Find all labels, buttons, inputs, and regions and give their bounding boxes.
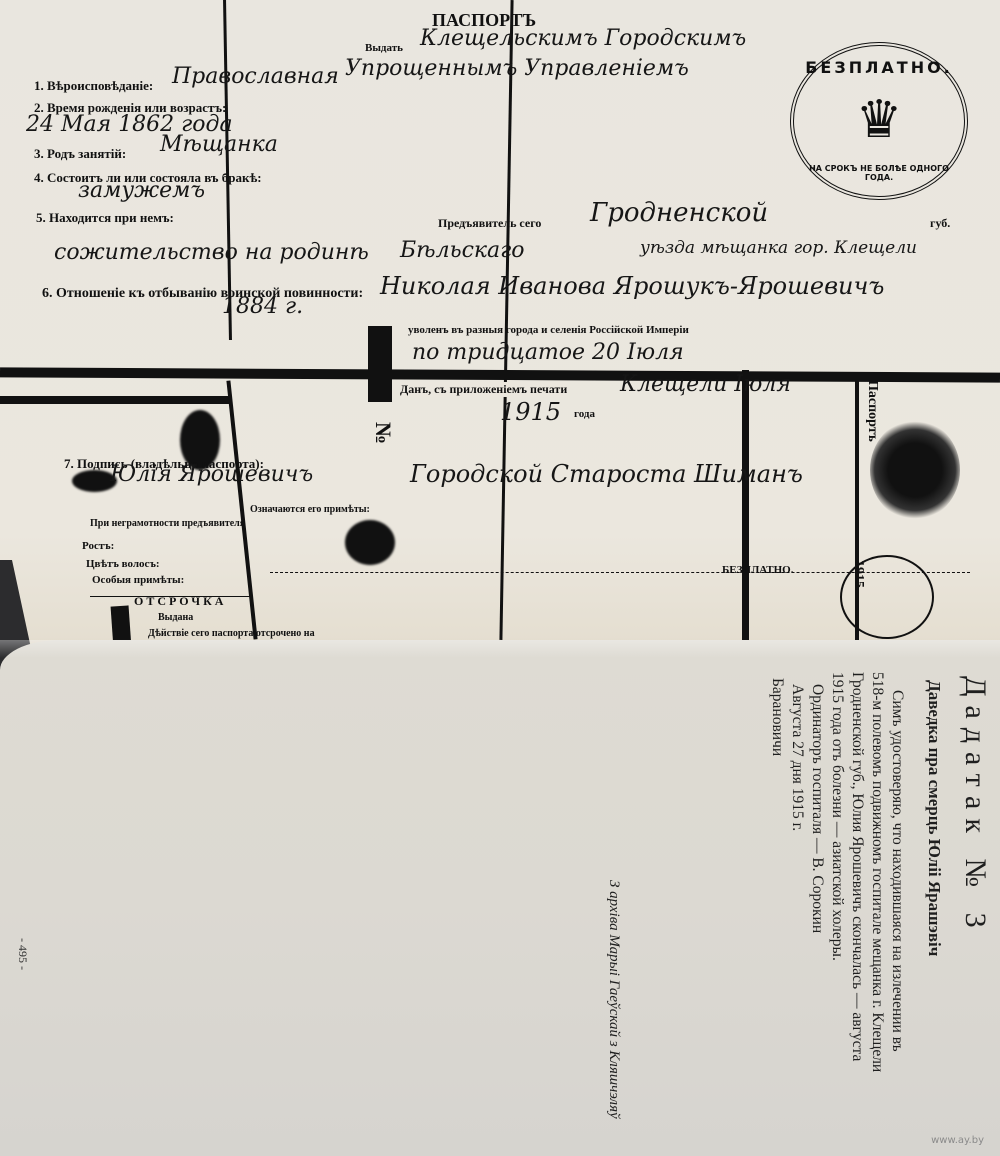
fold-line (499, 0, 513, 640)
field-value-signature: Юлiя Ярошевичъ (110, 462, 313, 487)
bearer-province: Гродненской (590, 198, 768, 228)
deferral-line1: Выдана (158, 612, 193, 623)
ink-bar (368, 326, 392, 402)
body-line-4: 1915 года отъ болезни — азиатской холеры… (828, 672, 846, 961)
issued-value-2: Упрощеннымъ Управленiемъ (345, 56, 689, 81)
appearance-label-height: Ростъ: (82, 540, 114, 552)
stamp-date: 1915 (850, 560, 866, 588)
ink-blot (345, 520, 395, 565)
appendix-heading: Дадатак № 3 (958, 676, 992, 937)
body-line-2: 518-м полевомъ подвижномъ госпитале меща… (868, 672, 886, 1072)
stamp-bottom-text: НА СРОКЪ НЕ БОЛѢЕ ОДНОГО ГОДА. (794, 164, 964, 182)
deferral-line2: Дѣйствiе сего паспорта отсрочено на (148, 628, 315, 639)
given-text: Данъ, съ приложенiемъ печати (400, 382, 567, 397)
appendix-page: Дадатак № 3 Даведка пра смерць Юліі Яраш… (0, 640, 1000, 1156)
body-line-6: Августа 27 дня 1915 г. (788, 684, 806, 831)
appearance-label-0: При неграмотности предъявителя (90, 518, 245, 529)
field-value-dependents: сожительство на родинѣ (54, 240, 369, 265)
deferral-title: ОТСРОЧКА (134, 594, 226, 609)
field-label-religion: 1. Вѣроисповѣданiе: (34, 78, 153, 94)
field-value-religion: Православная (172, 64, 339, 89)
bearer-district-suffix: уѣзда мѣщанка гор. Клещели (640, 238, 917, 258)
passport-document: ПАСПОРТЪ Выдать Клещельскимъ Городскимъ … (0, 0, 1000, 668)
year-label: года (574, 408, 595, 420)
given-value: Клещели Iюля (620, 372, 791, 397)
number-label: № (370, 422, 396, 444)
term-value: по тридцатое 20 Iюля (412, 340, 684, 365)
free-of-charge-stamp: БЕЗПЛАТНО. ♛ НА СРОКЪ НЕ БОЛѢЕ ОДНОГО ГО… (790, 42, 968, 200)
fold-line-horizontal (0, 396, 230, 404)
issued-value-1: Клещельскимъ Городскимъ (420, 26, 746, 51)
bearer-name: Николая Иванова Ярошукъ-Ярошевичъ (380, 272, 884, 300)
fold-line (742, 370, 749, 640)
imperial-eagle-icon: ♛ (856, 95, 903, 147)
fold-line-horizontal (0, 367, 1000, 382)
page-number: - 495 - (15, 938, 30, 970)
bearer-district: Бѣльскаго (400, 238, 525, 263)
body-line-1: Симъ удостоверяю, что находившаяся на из… (888, 690, 906, 1052)
body-line-5: Ординаторъ госпиталя — В. Сорокин (808, 684, 826, 933)
field-label-occupation: 3. Родъ занятiй: (34, 146, 126, 162)
field-value-military: 1884 г. (222, 294, 303, 319)
bearer-province-suffix: губ. (930, 216, 950, 231)
stamp-top-text: БЕЗПЛАТНО. (794, 58, 964, 77)
field-value-occupation: Мѣщанка (160, 132, 278, 157)
body-line-3: Гродненской губ., Юлия Ярошевичъ скончал… (848, 672, 866, 1061)
issued-label: Выдать (365, 42, 403, 54)
field-value-marital: замужемъ (78, 178, 205, 203)
features-label: Означаются его примѣты: (250, 504, 370, 515)
appearance-label-features: Особыя примѣты: (92, 574, 184, 586)
smudged-seal (870, 420, 960, 520)
watermark: www.ay.by (931, 1135, 984, 1146)
field-label-military: 6. Отношенiе къ отбыванiю воинской повин… (42, 286, 363, 302)
stamp-side-text: Паспортъ (864, 380, 880, 442)
field-label-dependents: 5. Находится при немъ: (36, 210, 174, 226)
year-value: 1915 (500, 398, 561, 426)
signature-text: Городской Староста Шиманъ (410, 460, 803, 488)
appearance-label-hair: Цвѣтъ волосъ: (86, 558, 160, 570)
source-note: З архіва Марыі Гаеўскай з Кляшчэляў (605, 880, 622, 1119)
released-text: уволенъ въ разныя города и селенiя Россi… (408, 324, 689, 336)
appendix-subheading: Даведка пра смерць Юліі Ярашэвіч (924, 680, 944, 956)
body-line-7: Барановичи (768, 678, 786, 756)
passport-scan-page: ПАСПОРТЪ Выдать Клещельскимъ Городскимъ … (0, 0, 1000, 668)
free-label: БЕЗПЛАТНО. (722, 564, 793, 576)
bearer-label: Предъявитель сего (438, 216, 541, 231)
